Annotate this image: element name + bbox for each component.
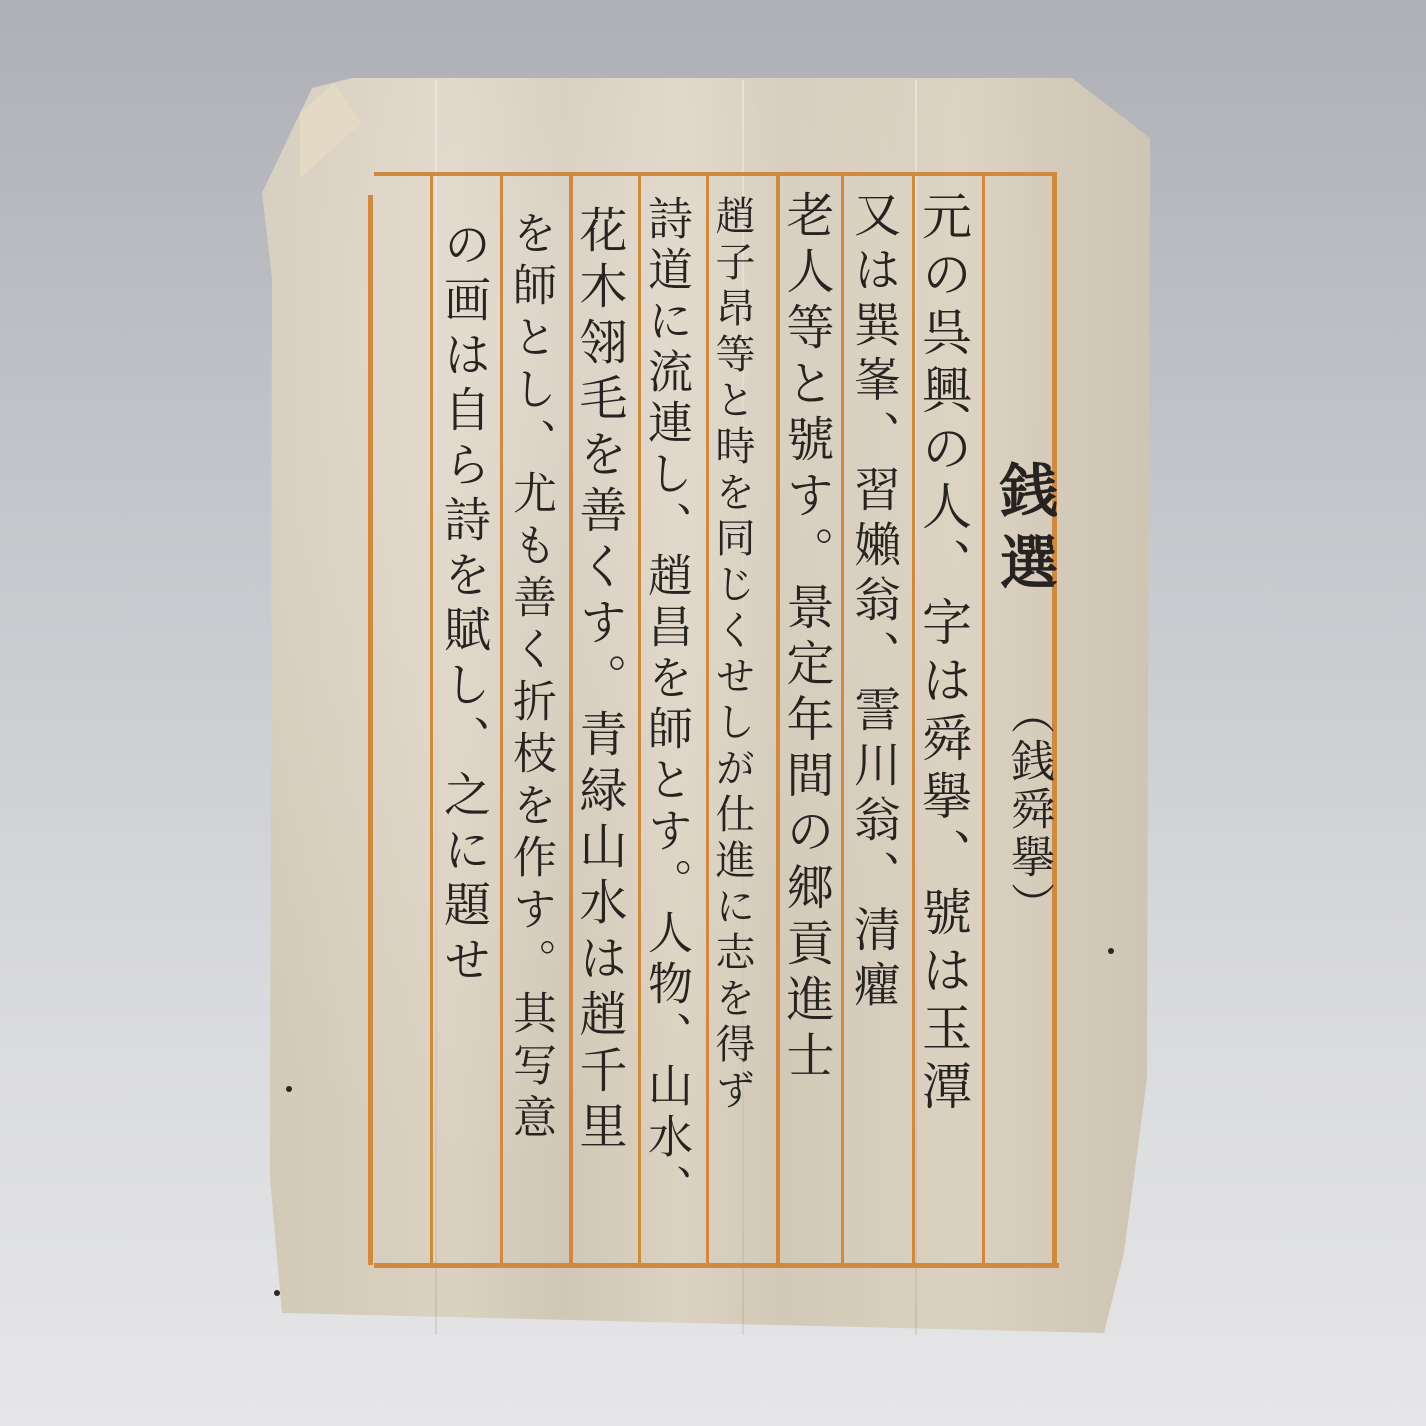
- text-column-8: の画は自ら詩を賦し、之に題せ: [440, 220, 487, 1290]
- text-column-2: 又は巽峯、習嬾翁、霅川翁、清癯: [850, 190, 897, 1260]
- column-divider: [500, 176, 503, 1266]
- text-column-3: 老人等と號す。景定年間の郷貢進士: [782, 190, 830, 1260]
- title-text: 銭選: [985, 460, 1053, 604]
- column-divider: [430, 176, 433, 1266]
- rule-left-outer: [368, 195, 373, 1265]
- text-column-7: を師とし、尤も善く折枝を作す。其写意: [508, 210, 552, 1280]
- text-column-5: 詩道に流連し、趙昌を師とす。人物、山水、: [644, 195, 689, 1265]
- text-column-4: 趙子昂等と時を同じくせしが仕進に志を得ず: [712, 195, 752, 1265]
- text-column-1: 元の呉興の人、字は舜擧、號は玉潭: [918, 190, 968, 1260]
- column-divider: [982, 176, 985, 1266]
- title-alias: （銭舜擧）: [990, 690, 1050, 930]
- text-column-6: 花木翎毛を善くす。青緑山水は趙千里: [575, 205, 623, 1275]
- ink-dot: [1108, 948, 1114, 954]
- rule-top: [374, 172, 1056, 176]
- column-divider: [841, 176, 844, 1266]
- ink-dot: [274, 1290, 280, 1296]
- ink-dot: [286, 1086, 292, 1092]
